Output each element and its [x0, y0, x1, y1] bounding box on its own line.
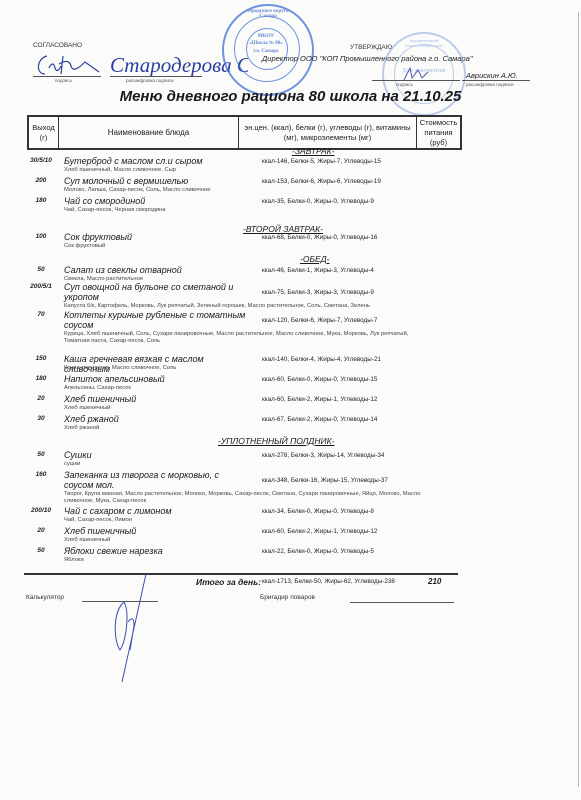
item-nutrition: ккал-60, Белки-0, Жиры-0, Углеводы-15: [262, 376, 377, 383]
item-nutrition: ккал-120, Белки-6, Жиры-7, Углеводы-7: [262, 317, 377, 324]
item-ingredients: Хлеб ржаной: [64, 425, 434, 432]
item-nutrition: ккал-67, Белки-2, Жиры-0, Углеводы-14: [262, 416, 377, 423]
item-name: Яблоки свежие нарезка: [64, 546, 249, 556]
item-nutrition: ккал-68, Белки-0, Жиры-0, Углеводы-16: [262, 234, 377, 241]
item-yield: 30: [24, 415, 58, 422]
item-ingredients: Крупа гречневая, Масло сливочное, Соль: [64, 365, 434, 372]
item-ingredients: Курица, Хлеб пшеничный, Соль, Сухари пан…: [64, 331, 434, 345]
item-name: Суп молочный с вермишелью: [64, 176, 249, 186]
menu-table-header: Выход (г) Наименование блюда эн.цен. (кк…: [27, 115, 462, 150]
approve-sig-caption: подпись: [396, 82, 413, 87]
item-ingredients: Хлеб пшеничный: [64, 537, 434, 544]
item-nutrition: ккал-22, Белки-0, Жиры-0, Углеводы-5: [262, 548, 374, 555]
item-name: Хлеб ржаной: [64, 414, 249, 424]
item-ingredients: Сок фруктовый: [64, 243, 434, 250]
item-name: Сок фруктовый: [64, 232, 249, 242]
item-yield: 50: [24, 547, 58, 554]
item-ingredients: Молоко, Лапша, Сахар-песок, Соль, Масло …: [64, 187, 434, 194]
item-yield: 200/5/1: [24, 283, 58, 290]
agreed-signature-icon: [33, 52, 105, 78]
item-yield: 70: [24, 311, 58, 318]
item-name: Котлеты куриные рубленые с томатным соус…: [64, 310, 249, 330]
item-yield: 50: [24, 266, 58, 273]
item-nutrition: ккал-153, Белки-6, Жиры-6, Углеводы-19: [262, 178, 381, 185]
school-stamp: городского округа Самара МБОУ «Школа № 8…: [222, 4, 314, 96]
item-ingredients: Хлеб пшеничный: [64, 405, 434, 412]
section-title: -ВТОРОЙ ЗАВТРАК-: [243, 224, 323, 234]
item-yield: 180: [24, 197, 58, 204]
item-yield: 20: [24, 395, 58, 402]
item-name: Хлеб пшеничный: [64, 526, 249, 536]
item-name: Запеканка из творога с морковью, с соусо…: [64, 470, 249, 490]
item-nutrition: ккал-34, Белки-0, Жиры-0, Углеводы-8: [262, 508, 374, 515]
item-name: Чай с сахаром с лимоном: [64, 506, 249, 516]
item-yield: 150: [24, 355, 58, 362]
item-nutrition: ккал-60, Белки-2, Жиры-1, Углеводы-12: [262, 396, 377, 403]
calculator-label: Калькулятор: [26, 594, 64, 601]
section-title: -ОБЕД-: [300, 254, 329, 264]
page-title: Меню дневного рациона 80 школа на 21.10.…: [0, 88, 581, 105]
item-name: Хлеб пшеничный: [64, 394, 249, 404]
section-title: -УПЛОТНЕННЫЙ ПОЛДНИК-: [218, 436, 334, 446]
header-cost: Стоимость питания (руб): [417, 116, 462, 149]
item-nutrition: ккал-140, Белки-4, Жиры-4, Углеводы-21: [262, 356, 381, 363]
item-yield: 160: [24, 471, 58, 478]
section-title: -ЗАВТРАК-: [292, 146, 335, 156]
item-nutrition: ккал-60, Белки-2, Жиры-1, Углеводы-12: [262, 528, 377, 535]
header-nutrition: эн.цен. (ккал), белки (г), углеводы (г),…: [239, 116, 417, 149]
item-name: Сушки: [64, 450, 249, 460]
total-nutrition: ккал-1713, Белки-50, Жиры-62, Углеводы-2…: [262, 578, 395, 585]
item-name: Бутерброд с маслом сл.и сыром: [64, 156, 249, 166]
item-ingredients: Чай, Сахар-песок, Черная смородина: [64, 207, 434, 214]
chef-signature-line: [350, 602, 454, 603]
item-nutrition: ккал-146, Белки-5, Жиры-7, Углеводы-15: [262, 158, 381, 165]
item-nutrition: ккал-35, Белки-0, Жиры-0, Углеводы-9: [262, 198, 374, 205]
approve-label: УТВЕРЖДАЮ: [350, 44, 392, 51]
item-nutrition: ккал-75, Белки-3, Жиры-3, Углеводы-9: [262, 289, 374, 296]
item-nutrition: ккал-348, Белки-16, Жиры-15, Углеводы-37: [262, 477, 388, 484]
item-ingredients: Яблоки: [64, 557, 434, 564]
approve-name: Аврискин А.Ю.: [466, 71, 518, 80]
item-yield: 20: [24, 527, 58, 534]
item-name: Суп овощной на бульоне со сметаной и укр…: [64, 282, 249, 302]
item-yield: 200/10: [24, 507, 58, 514]
item-ingredients: Чай, Сахар-песок, Лимон: [64, 517, 434, 524]
item-name: Чай со смородиной: [64, 196, 249, 206]
agreed-sig-caption: подпись: [55, 78, 72, 83]
item-yield: 30/5/10: [24, 157, 58, 164]
item-ingredients: Апельсины, Сахар-песок: [64, 385, 434, 392]
header-dish-name: Наименование блюда: [59, 116, 239, 149]
calculator-signature-icon: [108, 572, 148, 684]
item-ingredients: сушки: [64, 461, 434, 468]
approve-decode-line: [462, 80, 530, 81]
item-nutrition: ккал-46, Белки-1, Жиры-3, Углеводы-4: [262, 267, 374, 274]
item-ingredients: Творог, Крупа манная, Масло растительное…: [64, 491, 434, 505]
total-label: Итого за день:: [196, 577, 261, 587]
total-cost: 210: [428, 577, 441, 586]
header-yield: Выход (г): [28, 116, 59, 149]
agreed-label: СОГЛАСОВАНО: [33, 42, 82, 49]
item-name: Салат из свеклы отварной: [64, 265, 249, 275]
item-ingredients: Капуста б/к, Картофель, Морковь, Лук реп…: [64, 303, 434, 310]
item-yield: 50: [24, 451, 58, 458]
item-name: Напиток апельсиновый: [64, 374, 249, 384]
item-yield: 180: [24, 375, 58, 382]
item-yield: 100: [24, 233, 58, 240]
item-nutrition: ккал-278, Белки-3, Жиры-14, Углеводы-34: [262, 452, 384, 459]
totals-rule: [24, 573, 458, 575]
item-yield: 200: [24, 177, 58, 184]
approve-decode-caption: расшифровка подписи: [466, 82, 513, 87]
page-edge: [578, 12, 579, 787]
item-ingredients: Хлеб пшеничный, Масло сливочное, Сыр: [64, 167, 434, 174]
approve-signature-icon: [400, 66, 430, 82]
chef-label: Бригадир поваров: [260, 594, 315, 601]
